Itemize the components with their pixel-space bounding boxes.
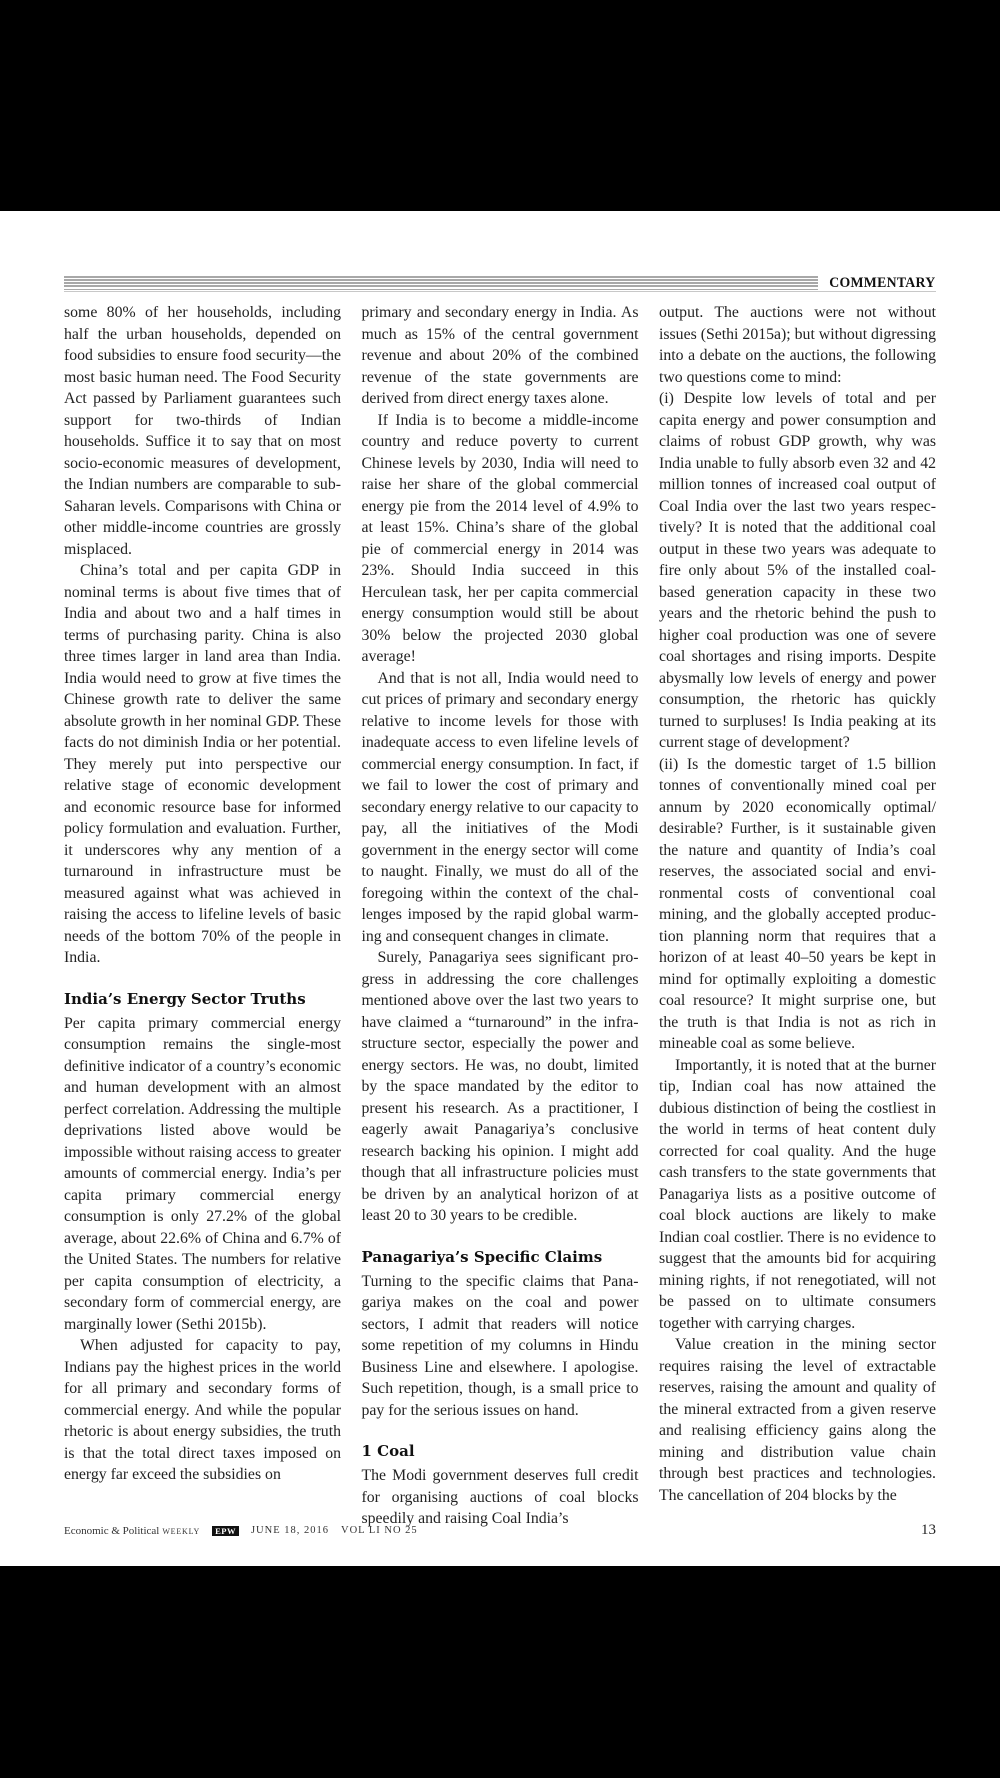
section-heading: Panagariya’s Specific Claims [362, 1247, 639, 1267]
header-rule-lines [64, 276, 818, 290]
column-right: output. The auctions were not without is… [659, 302, 936, 1530]
paragraph: Value creation in the mining sector requ… [659, 1334, 936, 1506]
publication-weekly: weekly [162, 1525, 200, 1537]
page-footer: Economic & Political weekly EPW JUNE 18,… [64, 1522, 936, 1539]
paragraph: Surely, Panagariya sees significant pro­… [362, 947, 639, 1227]
section-header: COMMENTARY [64, 274, 936, 290]
bottom-black-band [0, 1566, 1000, 1778]
section-heading: India’s Energy Sector Truths [64, 989, 341, 1009]
issue-volume: VOL LI NO 25 [341, 1525, 418, 1536]
paragraph: output. The auctions were not without is… [659, 302, 936, 388]
section-underline [64, 291, 936, 292]
epw-logo: EPW [212, 1526, 239, 1536]
paragraph: If India is to become a middle-income co… [362, 410, 639, 668]
paragraph: some 80% of her households, including ha… [64, 302, 341, 560]
paragraph: Per capita primary commercial energy con… [64, 1013, 341, 1336]
document-page[interactable]: COMMENTARY some 80% of her households, i… [0, 211, 1000, 1566]
paragraph: (i) Despite low levels of total and per … [659, 388, 936, 754]
section-label: COMMENTARY [830, 276, 936, 290]
issue-date: JUNE 18, 2016 [251, 1525, 329, 1536]
paragraph: When adjusted for capacity to pay, India… [64, 1335, 341, 1486]
section-heading: 1 Coal [362, 1441, 639, 1461]
paragraph: The Modi government deserves full credit… [362, 1465, 639, 1530]
paragraph: Importantly, it is noted that at the bur… [659, 1055, 936, 1335]
page-number: 13 [921, 1522, 936, 1539]
article-columns: some 80% of her households, including ha… [64, 302, 936, 1530]
column-middle: primary and secondary energy in India. A… [362, 302, 639, 1530]
paragraph: And that is not all, India would need to… [362, 668, 639, 948]
top-black-band [0, 0, 1000, 211]
paragraph: (ii) Is the domestic target of 1.5 billi… [659, 754, 936, 1055]
paragraph: Turning to the specific claims that Pana… [362, 1271, 639, 1422]
publication-name: Economic & Political [64, 1525, 159, 1537]
paragraph: China’s total and per capita GDP in nomi… [64, 560, 341, 969]
paragraph: primary and secondary energy in India. A… [362, 302, 639, 410]
column-left: some 80% of her households, including ha… [64, 302, 341, 1530]
